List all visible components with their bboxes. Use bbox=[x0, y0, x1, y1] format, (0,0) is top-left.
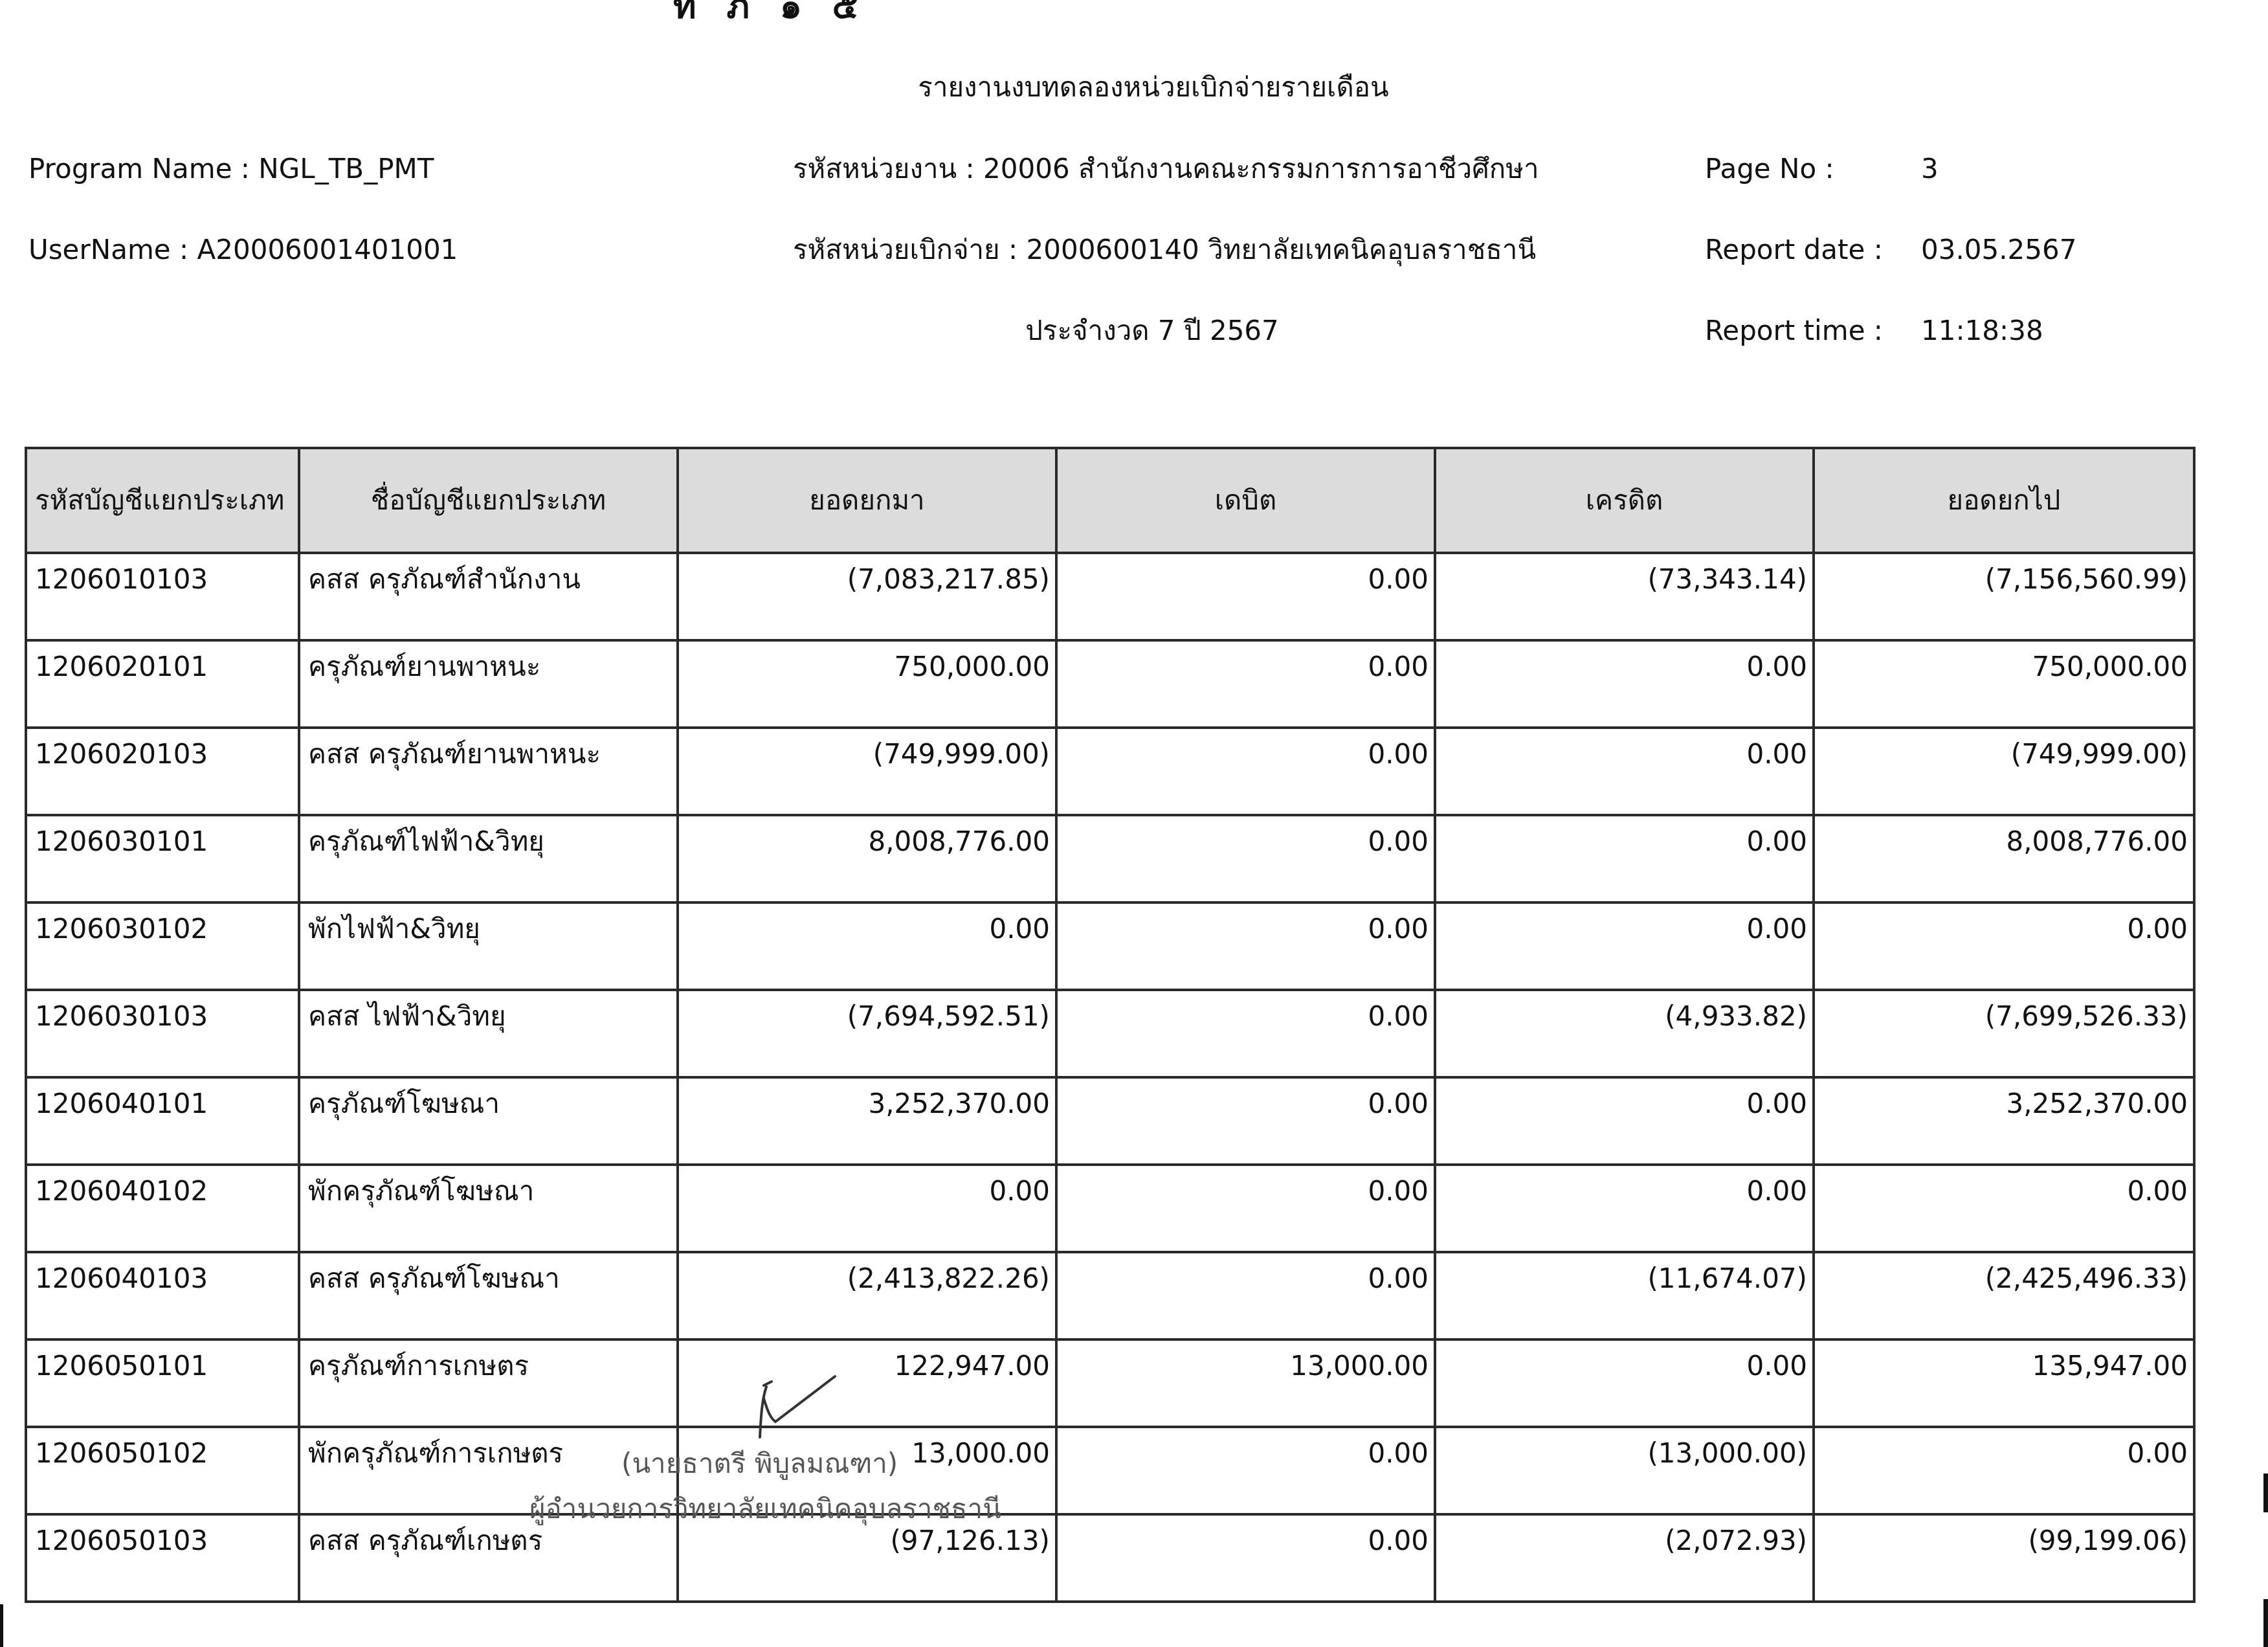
scan-edge-mark bbox=[0, 1604, 3, 1647]
signatory-position: ผู้อำนวยการวิทยาลัยเทคนิคอุบลราชธานี bbox=[529, 1488, 1001, 1530]
cell-debit: 0.00 bbox=[1056, 990, 1435, 1077]
cell-debit: 0.00 bbox=[1056, 902, 1435, 990]
cell-credit: 0.00 bbox=[1435, 902, 1814, 990]
cell-opening-balance: (7,083,217.85) bbox=[678, 553, 1056, 640]
cell-account-name: คสส ครุภัณฑ์ยานพาหนะ bbox=[299, 728, 678, 815]
cell-account-code: 1206030101 bbox=[26, 815, 299, 902]
cell-account-name: ครุภัณฑ์ไฟฟ้า&วิทยุ bbox=[299, 815, 678, 902]
cell-opening-balance: (749,999.00) bbox=[678, 728, 1056, 815]
cell-opening-balance: 0.00 bbox=[678, 1165, 1056, 1252]
scan-edge-mark bbox=[2263, 1599, 2268, 1647]
cell-closing-balance: 135,947.00 bbox=[1814, 1339, 2194, 1427]
report-date-label: Report date : bbox=[1705, 234, 1883, 266]
scan-edge-mark bbox=[2263, 1473, 2268, 1512]
cell-account-code: 1206050102 bbox=[26, 1427, 299, 1514]
disbursing-unit-code: รหัสหน่วยเบิกจ่าย : 2000600140 วิทยาลัยเ… bbox=[793, 234, 1536, 266]
cell-credit: 0.00 bbox=[1435, 1165, 1814, 1252]
cell-closing-balance: (7,699,526.33) bbox=[1814, 990, 2194, 1077]
clipped-header-text: ที่ ภ ๑ ๕ bbox=[673, 0, 868, 34]
cell-account-code: 1206020103 bbox=[26, 728, 299, 815]
cell-closing-balance: (7,156,560.99) bbox=[1814, 553, 2194, 640]
cell-account-name: ครุภัณฑ์การเกษตร bbox=[299, 1339, 678, 1427]
cell-account-name: ครุภัณฑ์ยานพาหนะ bbox=[299, 640, 678, 728]
cell-credit: (2,072.93) bbox=[1435, 1514, 1814, 1602]
cell-opening-balance: 3,252,370.00 bbox=[678, 1077, 1056, 1165]
agency-code: รหัสหน่วยงาน : 20006 สำนักงานคณะกรรมการก… bbox=[793, 153, 1539, 185]
table-row: 1206020101ครุภัณฑ์ยานพาหนะ750,000.000.00… bbox=[26, 640, 2194, 728]
table-row: 1206030101ครุภัณฑ์ไฟฟ้า&วิทยุ8,008,776.0… bbox=[26, 815, 2194, 902]
program-name: Program Name : NGL_TB_PMT bbox=[28, 153, 434, 185]
cell-credit: 0.00 bbox=[1435, 1077, 1814, 1165]
cell-opening-balance: 750,000.00 bbox=[678, 640, 1056, 728]
cell-debit: 0.00 bbox=[1056, 815, 1435, 902]
header-account-name: ชื่อบัญชีแยกประเภท bbox=[299, 448, 678, 553]
header-debit: เดบิต bbox=[1056, 448, 1435, 553]
table-row: 1206040102พักครุภัณฑ์โฆษณา0.000.000.000.… bbox=[26, 1165, 2194, 1252]
table-header-row: รหัสบัญชีแยกประเภท ชื่อบัญชีแยกประเภท ยอ… bbox=[26, 448, 2194, 553]
table-row: 1206050101ครุภัณฑ์การเกษตร122,947.0013,0… bbox=[26, 1339, 2194, 1427]
table-row: 1206040101ครุภัณฑ์โฆษณา3,252,370.000.000… bbox=[26, 1077, 2194, 1165]
cell-credit: (73,343.14) bbox=[1435, 553, 1814, 640]
cell-account-code: 1206020101 bbox=[26, 640, 299, 728]
cell-account-code: 1206030103 bbox=[26, 990, 299, 1077]
cell-account-code: 1206050103 bbox=[26, 1514, 299, 1602]
cell-credit: (13,000.00) bbox=[1435, 1427, 1814, 1514]
cell-credit: 0.00 bbox=[1435, 640, 1814, 728]
table-row: 1206020103คสส ครุภัณฑ์ยานพาหนะ(749,999.0… bbox=[26, 728, 2194, 815]
cell-closing-balance: (749,999.00) bbox=[1814, 728, 2194, 815]
table-row: 1206050102พักครุภัณฑ์การเกษตร13,000.000.… bbox=[26, 1427, 2194, 1514]
cell-closing-balance: 8,008,776.00 bbox=[1814, 815, 2194, 902]
cell-account-name: คสส ครุภัณฑ์สำนักงาน bbox=[299, 553, 678, 640]
cell-credit: (11,674.07) bbox=[1435, 1252, 1814, 1339]
cell-closing-balance: (2,425,496.33) bbox=[1814, 1252, 2194, 1339]
signature-scribble-icon bbox=[744, 1372, 841, 1444]
cell-closing-balance: 3,252,370.00 bbox=[1814, 1077, 2194, 1165]
username: UserName : A20006001401001 bbox=[28, 234, 458, 266]
cell-account-name: คสส ครุภัณฑ์โฆษณา bbox=[299, 1252, 678, 1339]
cell-credit: (4,933.82) bbox=[1435, 990, 1814, 1077]
cell-credit: 0.00 bbox=[1435, 1339, 1814, 1427]
cell-account-code: 1206040101 bbox=[26, 1077, 299, 1165]
cell-debit: 0.00 bbox=[1056, 640, 1435, 728]
cell-debit: 0.00 bbox=[1056, 553, 1435, 640]
cell-account-code: 1206050101 bbox=[26, 1339, 299, 1427]
table-row: 1206030103คสส ไฟฟ้า&วิทยุ(7,694,592.51)0… bbox=[26, 990, 2194, 1077]
cell-debit: 0.00 bbox=[1056, 1427, 1435, 1514]
cell-opening-balance: (7,694,592.51) bbox=[678, 990, 1056, 1077]
cell-debit: 0.00 bbox=[1056, 1514, 1435, 1602]
header-credit: เครดิต bbox=[1435, 448, 1814, 553]
table-body: 1206010103คสส ครุภัณฑ์สำนักงาน(7,083,217… bbox=[26, 553, 2194, 1602]
report-time-value: 11:18:38 bbox=[1921, 315, 2043, 347]
cell-closing-balance: 0.00 bbox=[1814, 1427, 2194, 1514]
header-closing-balance: ยอดยกไป bbox=[1814, 448, 2194, 553]
cell-closing-balance: (99,199.06) bbox=[1814, 1514, 2194, 1602]
table-row: 1206010103คสส ครุภัณฑ์สำนักงาน(7,083,217… bbox=[26, 553, 2194, 640]
page-no-label: Page No : bbox=[1705, 153, 1834, 185]
header-account-code: รหัสบัญชีแยกประเภท bbox=[26, 448, 299, 553]
cell-opening-balance: 122,947.00 bbox=[678, 1339, 1056, 1427]
signatory-name: (นายธาตรี พิบูลมณฑา) bbox=[621, 1442, 898, 1485]
cell-account-name: คสส ไฟฟ้า&วิทยุ bbox=[299, 990, 678, 1077]
cell-debit: 0.00 bbox=[1056, 728, 1435, 815]
cell-account-code: 1206010103 bbox=[26, 553, 299, 640]
cell-account-code: 1206040103 bbox=[26, 1252, 299, 1339]
trial-balance-table: รหัสบัญชีแยกประเภท ชื่อบัญชีแยกประเภท ยอ… bbox=[25, 447, 2196, 1603]
report-date-value: 03.05.2567 bbox=[1921, 234, 2076, 266]
cell-opening-balance: 8,008,776.00 bbox=[678, 815, 1056, 902]
cell-account-code: 1206040102 bbox=[26, 1165, 299, 1252]
table-row: 1206050103คสส ครุภัณฑ์เกษตร(97,126.13)0.… bbox=[26, 1514, 2194, 1602]
table-row: 1206040103คสส ครุภัณฑ์โฆษณา(2,413,822.26… bbox=[26, 1252, 2194, 1339]
cell-account-name: ครุภัณฑ์โฆษณา bbox=[299, 1077, 678, 1165]
cell-closing-balance: 0.00 bbox=[1814, 1165, 2194, 1252]
cell-account-name: พักครุภัณฑ์โฆษณา bbox=[299, 1165, 678, 1252]
cell-opening-balance: 0.00 bbox=[678, 902, 1056, 990]
cell-opening-balance: (2,413,822.26) bbox=[678, 1252, 1056, 1339]
report-time-label: Report time : bbox=[1705, 315, 1883, 347]
cell-debit: 0.00 bbox=[1056, 1252, 1435, 1339]
cell-account-name: พักไฟฟ้า&วิทยุ bbox=[299, 902, 678, 990]
cell-account-code: 1206030102 bbox=[26, 902, 299, 990]
report-title: รายงานงบทดลองหน่วยเบิกจ่ายรายเดือน bbox=[0, 71, 2268, 104]
header-opening-balance: ยอดยกมา bbox=[678, 448, 1056, 553]
table-row: 1206030102พักไฟฟ้า&วิทยุ0.000.000.000.00 bbox=[26, 902, 2194, 990]
cell-closing-balance: 0.00 bbox=[1814, 902, 2194, 990]
cell-debit: 0.00 bbox=[1056, 1077, 1435, 1165]
page-no-value: 3 bbox=[1921, 153, 1939, 185]
cell-credit: 0.00 bbox=[1435, 728, 1814, 815]
cell-debit: 13,000.00 bbox=[1056, 1339, 1435, 1427]
cell-debit: 0.00 bbox=[1056, 1165, 1435, 1252]
cell-closing-balance: 750,000.00 bbox=[1814, 640, 2194, 728]
cell-credit: 0.00 bbox=[1435, 815, 1814, 902]
